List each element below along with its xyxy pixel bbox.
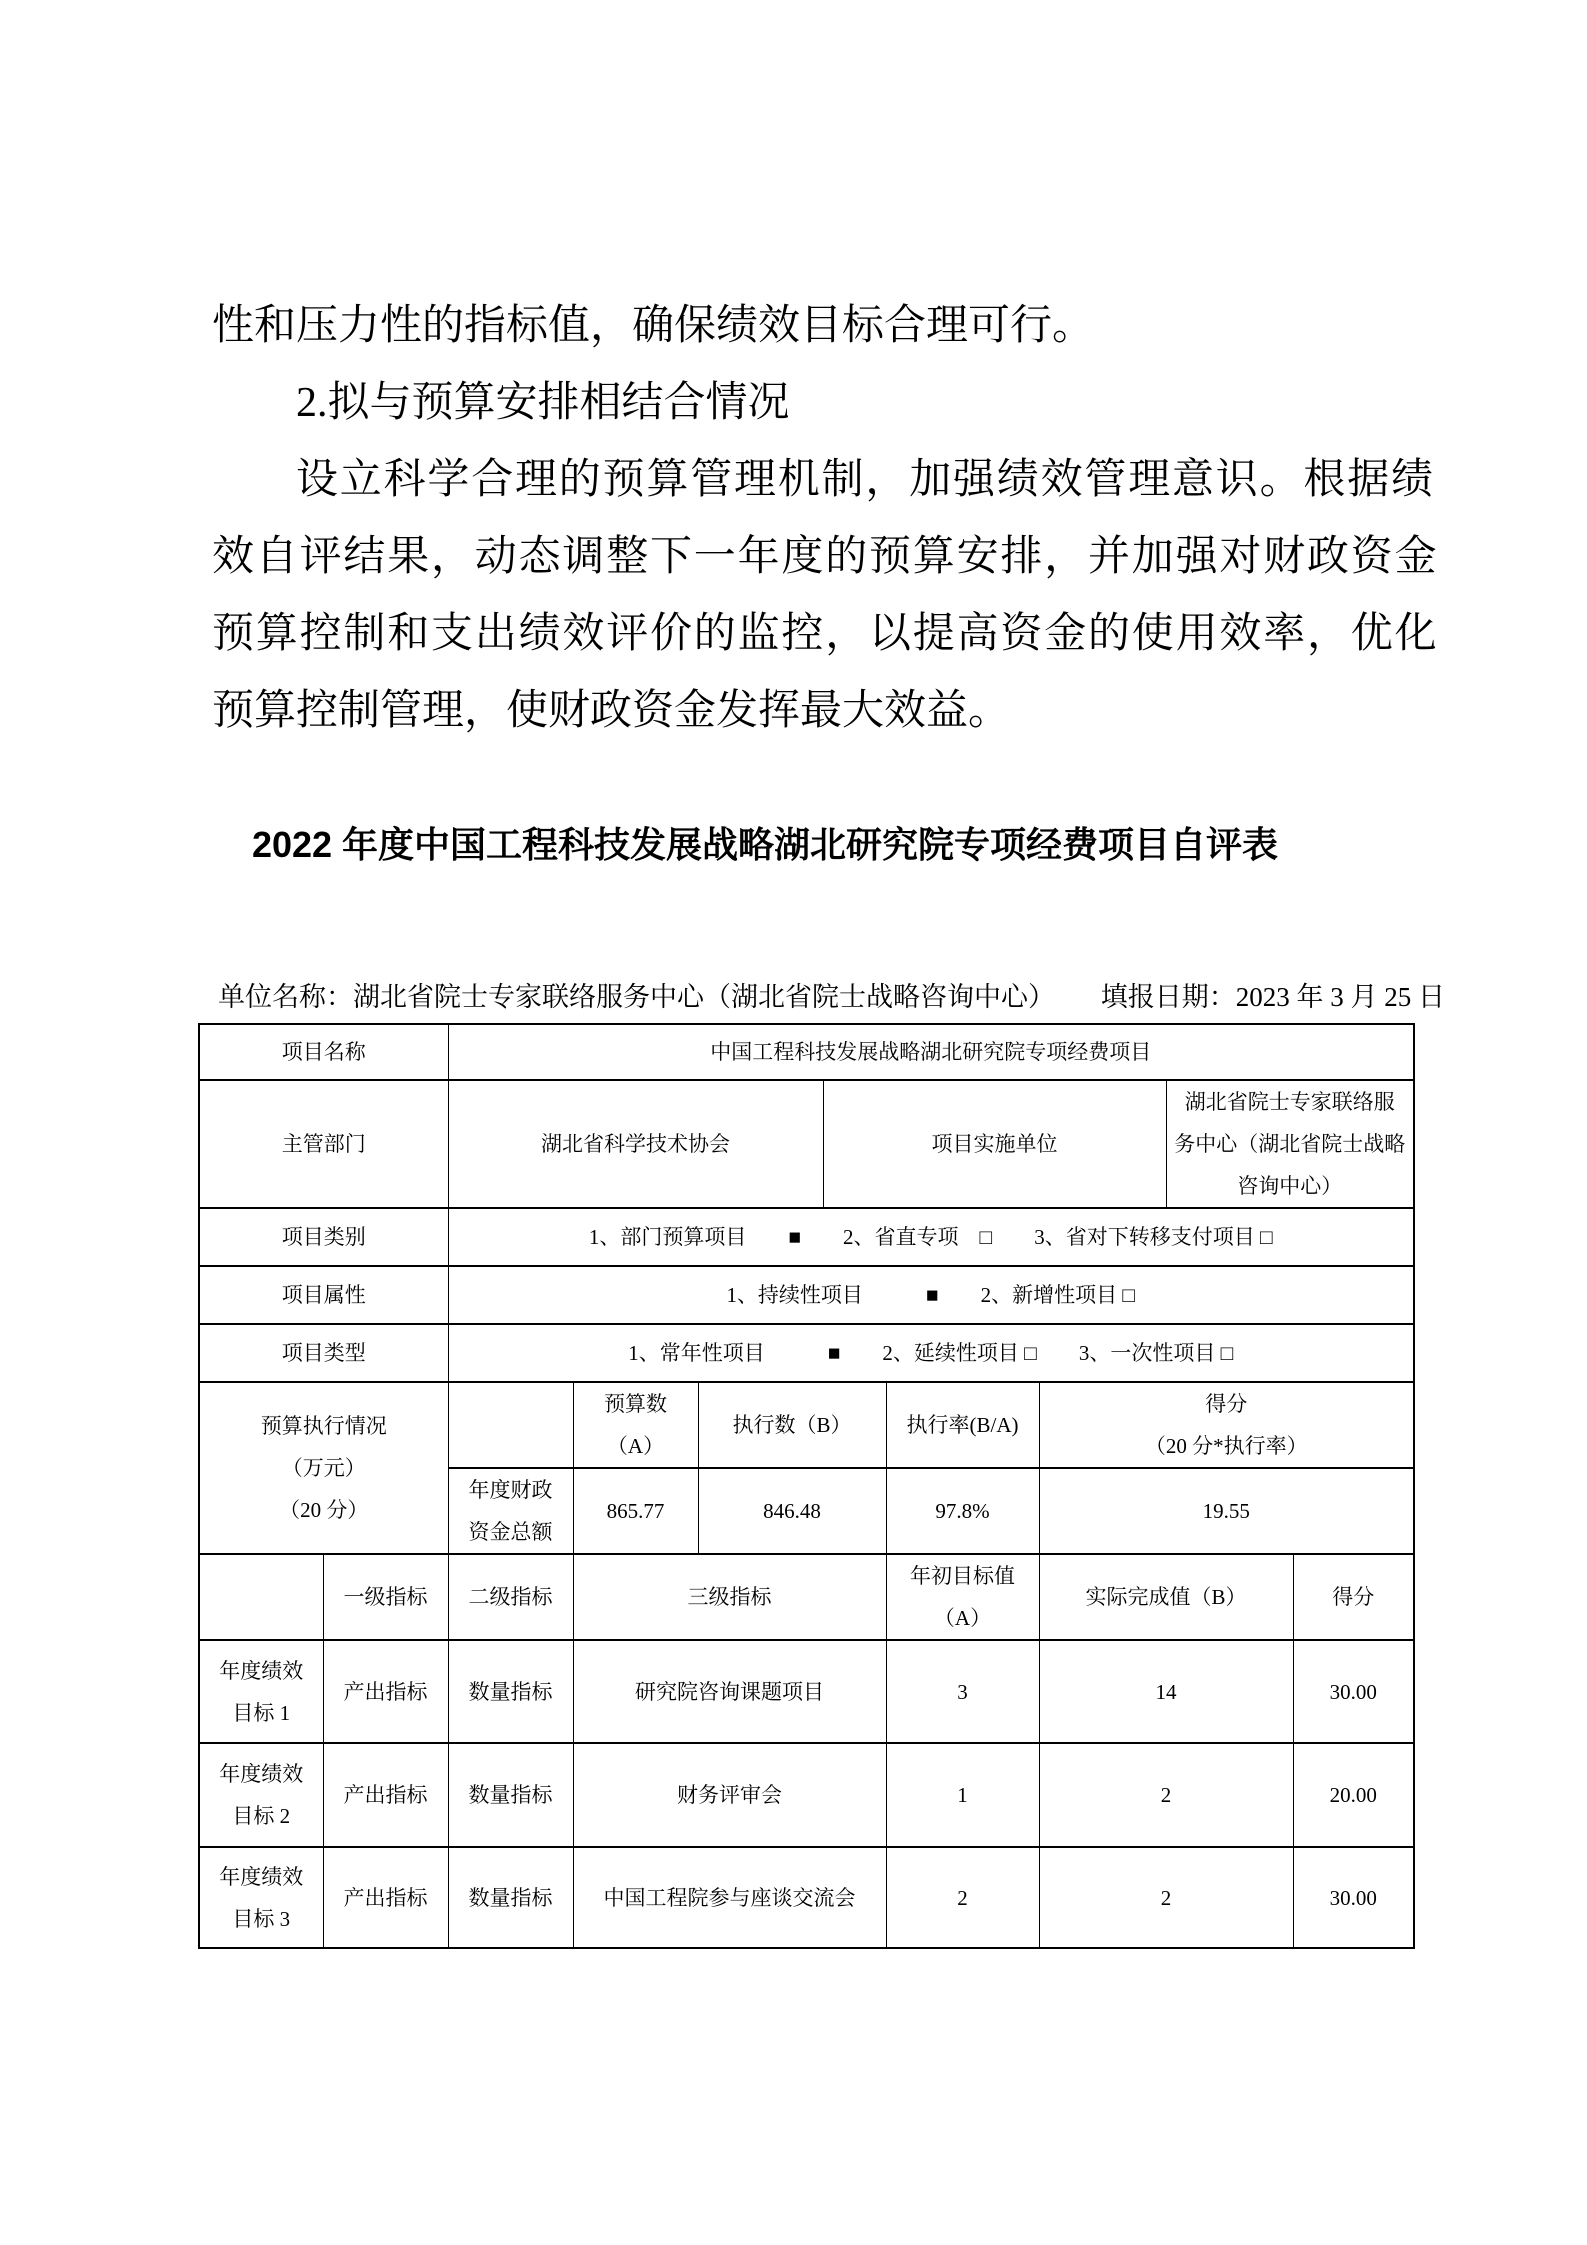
cell-target1-score: 30.00 (1293, 1640, 1414, 1743)
cell-budget-col-exec: 执行数（B） (698, 1382, 886, 1468)
cell-target2-actual: 2 (1039, 1743, 1293, 1847)
row-budget-header: 预算执行情况 （万元） （20 分） 预算数 （A） 执行数（B） 执行率(B/… (199, 1382, 1414, 1468)
cell-target3-target: 2 (886, 1847, 1039, 1948)
paragraph-line: 预算控制和支出绩效评价的监控，以提高资金的使用效率，优化 (212, 596, 1445, 673)
cell-impl-unit-label: 项目实施单位 (823, 1080, 1166, 1208)
cell-target3-l3: 中国工程院参与座谈交流会 (573, 1847, 886, 1948)
cell-target3-actual: 2 (1039, 1847, 1293, 1948)
row-attribute: 项目属性 1、持续性项目 ■ 2、新增性项目 □ (199, 1266, 1414, 1324)
paragraph-line: 性和压力性的指标值，确保绩效目标合理可行。 (212, 288, 1445, 365)
row-project-name: 项目名称 中国工程科技发展战略湖北研究院专项经费项目 (199, 1024, 1414, 1080)
cell-target1-actual: 14 (1039, 1640, 1293, 1743)
cell-indicator-corner (199, 1554, 323, 1640)
cell-target1-l1: 产出指标 (323, 1640, 448, 1743)
row-category: 项目类别 1、部门预算项目 ■ 2、省直专项 □ 3、省对下转移支付项目 □ (199, 1208, 1414, 1266)
cell-impl-unit-value: 湖北省院士专家联络服 务中心（湖北省院士战略 咨询中心） (1166, 1080, 1414, 1208)
self-evaluation-table: 项目名称 中国工程科技发展战略湖北研究院专项经费项目 主管部门 湖北省科学技术协… (198, 1023, 1415, 1949)
cell-target3-name: 年度绩效 目标 3 (199, 1847, 323, 1948)
paragraph-line: 2.拟与预算安排相结合情况 (212, 365, 1445, 442)
cell-target1-l2: 数量指标 (448, 1640, 573, 1743)
cell-budget-col-rate: 执行率(B/A) (886, 1382, 1039, 1468)
cell-target2-l2: 数量指标 (448, 1743, 573, 1847)
meta-line: 单位名称：湖北省院士专家联络服务中心（湖北省院士战略咨询中心） 填报日期：202… (218, 980, 1445, 1014)
cell-target1-name: 年度绩效 目标 1 (199, 1640, 323, 1743)
fill-date: 填报日期：2023 年 3 月 25 日 (1101, 980, 1445, 1014)
unit-name: 单位名称：湖北省院士专家联络服务中心（湖北省院士战略咨询中心） (218, 980, 1055, 1014)
cell-budget-num: 865.77 (573, 1468, 698, 1554)
cell-attribute-options: 1、持续性项目 ■ 2、新增性项目 □ (448, 1266, 1414, 1324)
cell-target3-l2: 数量指标 (448, 1847, 573, 1948)
cell-budget-score: 19.55 (1039, 1468, 1414, 1554)
row-indicator-header: 一级指标 二级指标 三级指标 年初目标值 （A） 实际完成值（B） 得分 (199, 1554, 1414, 1640)
cell-target3-score: 30.00 (1293, 1847, 1414, 1948)
paragraph-line: 设立科学合理的预算管理机制，加强绩效管理意识。根据绩 (212, 442, 1445, 519)
paragraph-line: 预算控制管理，使财政资金发挥最大效益。 (212, 673, 1445, 750)
cell-target2-score: 20.00 (1293, 1743, 1414, 1847)
cell-category-label: 项目类别 (199, 1208, 448, 1266)
row-target-1: 年度绩效 目标 1 产出指标 数量指标 研究院咨询课题项目 3 14 30.00 (199, 1640, 1414, 1743)
cell-exec-num: 846.48 (698, 1468, 886, 1554)
cell-type-label: 项目类型 (199, 1324, 448, 1382)
cell-target3-l1: 产出指标 (323, 1847, 448, 1948)
cell-target1-l3: 研究院咨询课题项目 (573, 1640, 886, 1743)
cell-header-l3: 三级指标 (573, 1554, 886, 1640)
row-type: 项目类型 1、常年性项目 ■ 2、延续性项目 □ 3、一次性项目 □ (199, 1324, 1414, 1382)
body-paragraphs: 性和压力性的指标值，确保绩效目标合理可行。 2.拟与预算安排相结合情况 设立科学… (212, 288, 1445, 750)
cell-header-l2: 二级指标 (448, 1554, 573, 1640)
cell-target2-name: 年度绩效 目标 2 (199, 1743, 323, 1847)
cell-budget-empty (448, 1382, 573, 1468)
cell-category-options: 1、部门预算项目 ■ 2、省直专项 □ 3、省对下转移支付项目 □ (448, 1208, 1414, 1266)
cell-attribute-label: 项目属性 (199, 1266, 448, 1324)
cell-budget-col-budget: 预算数 （A） (573, 1382, 698, 1468)
cell-dept-label: 主管部门 (199, 1080, 448, 1208)
cell-header-target: 年初目标值 （A） (886, 1554, 1039, 1640)
row-target-3: 年度绩效 目标 3 产出指标 数量指标 中国工程院参与座谈交流会 2 2 30.… (199, 1847, 1414, 1948)
cell-target1-target: 3 (886, 1640, 1039, 1743)
paragraph-line: 效自评结果，动态调整下一年度的预算安排，并加强对财政资金 (212, 519, 1445, 596)
cell-target2-l3: 财务评审会 (573, 1743, 886, 1847)
cell-header-score: 得分 (1293, 1554, 1414, 1640)
document-page: 性和压力性的指标值，确保绩效目标合理可行。 2.拟与预算安排相结合情况 设立科学… (0, 0, 1587, 2245)
cell-header-actual: 实际完成值（B） (1039, 1554, 1293, 1640)
cell-target2-l1: 产出指标 (323, 1743, 448, 1847)
cell-budget-col-score: 得分 （20 分*执行率） (1039, 1382, 1414, 1468)
cell-exec-rate: 97.8% (886, 1468, 1039, 1554)
cell-project-name-value: 中国工程科技发展战略湖北研究院专项经费项目 (448, 1024, 1414, 1080)
cell-target2-target: 1 (886, 1743, 1039, 1847)
cell-budget-section-label: 预算执行情况 （万元） （20 分） (199, 1382, 448, 1554)
cell-budget-row-label: 年度财政 资金总额 (448, 1468, 573, 1554)
cell-type-options: 1、常年性项目 ■ 2、延续性项目 □ 3、一次性项目 □ (448, 1324, 1414, 1382)
page-title: 2022 年度中国工程科技发展战略湖北研究院专项经费项目自评表 (150, 818, 1380, 872)
cell-header-l1: 一级指标 (323, 1554, 448, 1640)
row-target-2: 年度绩效 目标 2 产出指标 数量指标 财务评审会 1 2 20.00 (199, 1743, 1414, 1847)
row-dept: 主管部门 湖北省科学技术协会 项目实施单位 湖北省院士专家联络服 务中心（湖北省… (199, 1080, 1414, 1208)
cell-dept-value: 湖北省科学技术协会 (448, 1080, 823, 1208)
cell-project-name-label: 项目名称 (199, 1024, 448, 1080)
